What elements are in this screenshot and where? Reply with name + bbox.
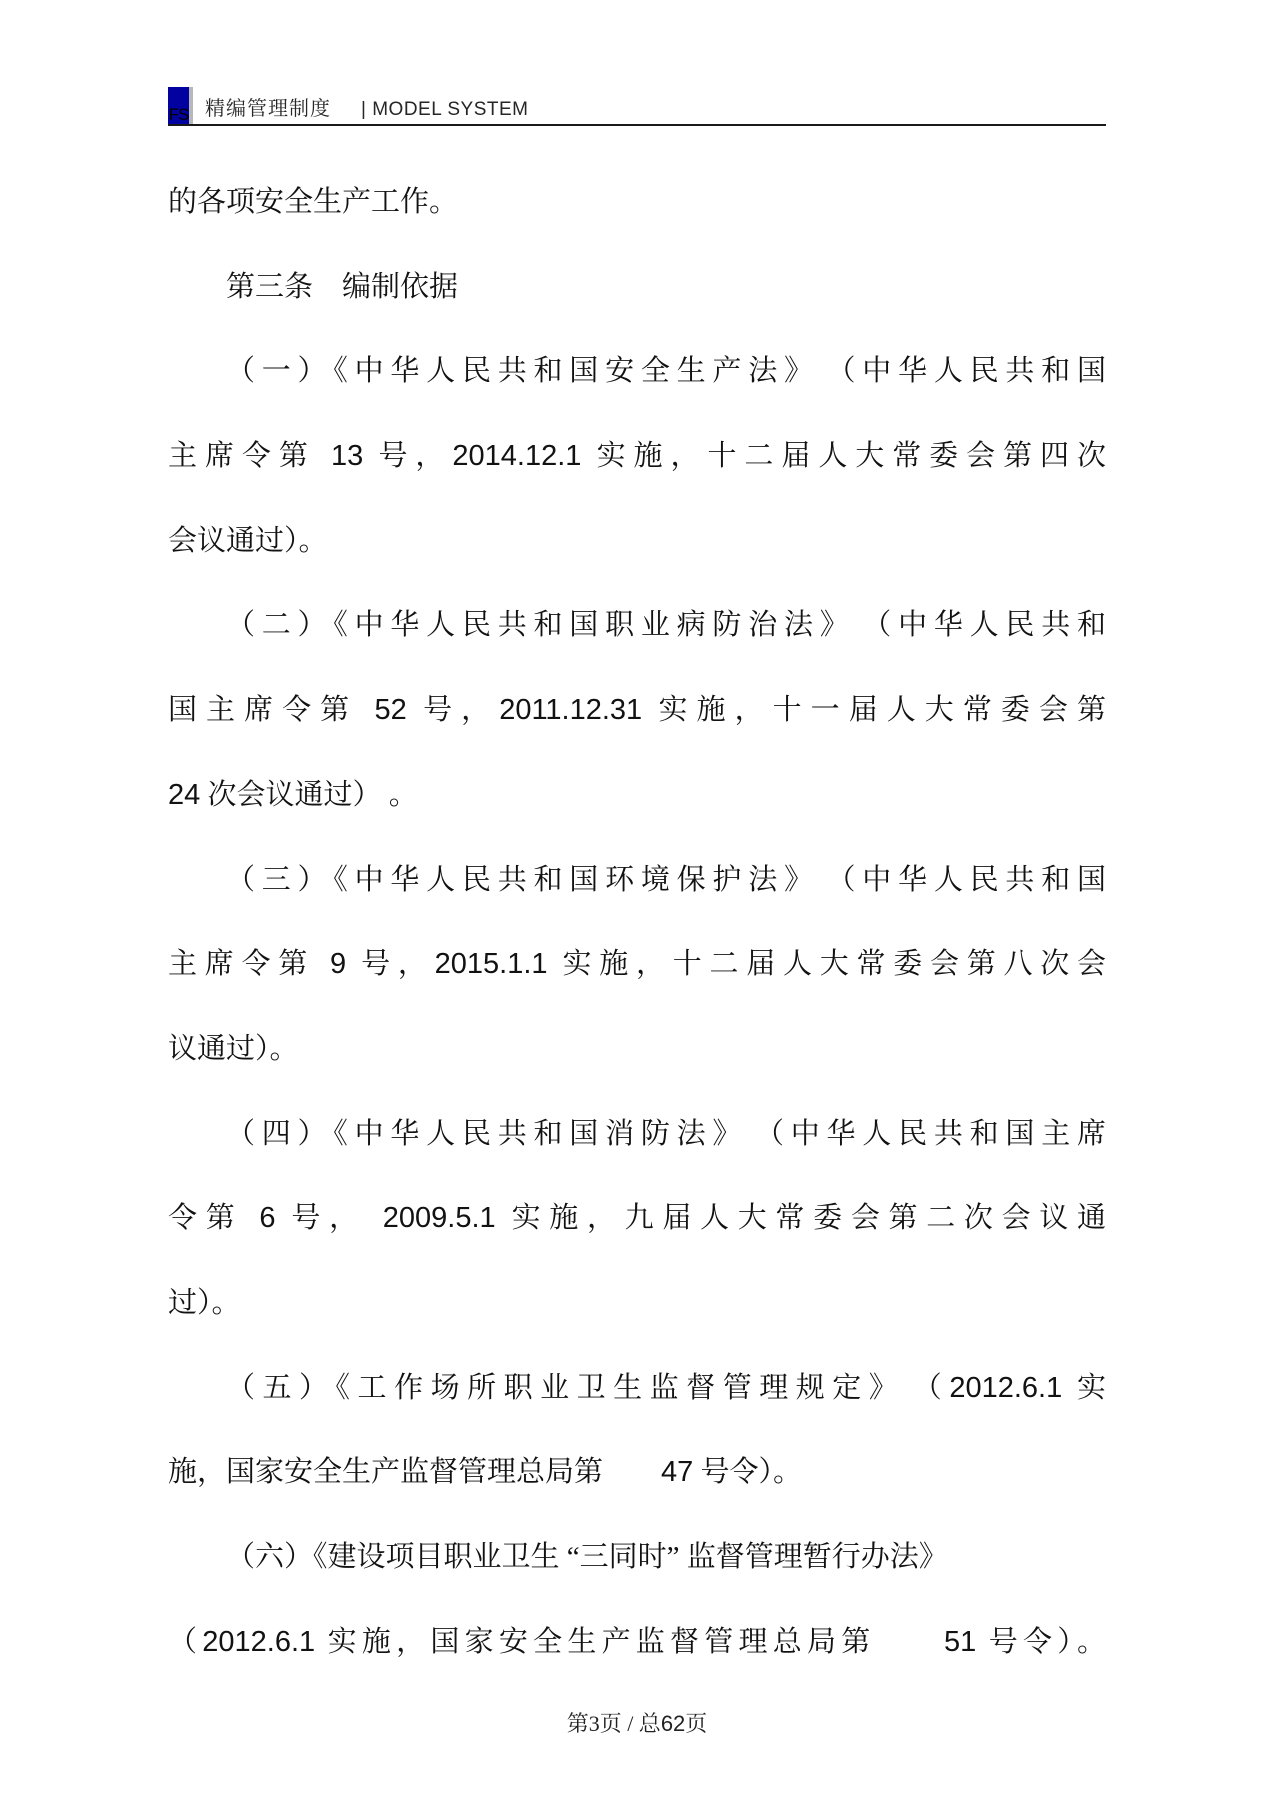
text-run: 2012.6.1 (202, 1626, 315, 1658)
text-line: 令第 6 号， 2009.5.1 实施，九届人大常委会第二次会议通 (168, 1176, 1106, 1261)
text-run: 令第 (168, 1202, 259, 1234)
brand-subtitle: | MODEL SYSTEM (361, 99, 528, 124)
text-line: 主席令第 9 号，2015.1.1 实施，十二届人大常委会第八次会 (168, 922, 1106, 1007)
text-run: 号令）。 (693, 1456, 802, 1488)
text-line: （二）《中华人民共和国职业病防治法》 （中华人民共和 (168, 583, 1106, 668)
text-run: 2012.6.1 (949, 1372, 1062, 1404)
text-line: （2012.6.1 实施，国家安全生产监督管理总局第 51 号令）。 (168, 1600, 1106, 1685)
text-run: （六）《建设项目职业卫生 “三同时” 监督管理暂行办法》 (226, 1541, 948, 1573)
text-run: 24 (168, 779, 200, 811)
text-run: 2015.1.1 (435, 948, 548, 980)
text-run: 会议通过）。 (168, 525, 328, 557)
text-run: 国主席令第 (168, 694, 375, 726)
page-footer: 第3页 / 总62页 (0, 1705, 1274, 1743)
header-divider (168, 124, 1106, 126)
text-run: 实施，十一届人大常委会第 (642, 694, 1106, 726)
text-run: （四）《中华人民共和国消防法》 （中华人民共和国主席 (226, 1118, 1106, 1150)
text-line: 国主席令第 52 号，2011.12.31 实施，十一届人大常委会第 (168, 668, 1106, 753)
text-run: （三）《中华人民共和国环境保护法》 （中华人民共和国 (226, 864, 1106, 896)
text-line: （四）《中华人民共和国消防法》 （中华人民共和国主席 (168, 1092, 1106, 1177)
text-run: 主席令第 (168, 440, 331, 472)
text-line: （五）《工作场所职业卫生监督管理规定》 （2012.6.1 实 (168, 1346, 1106, 1431)
brand-title: 精编管理制度 (205, 92, 331, 124)
text-run: （二）《中华人民共和国职业病防治法》 （中华人民共和 (226, 609, 1106, 641)
document-page: FS 精编管理制度 | MODEL SYSTEM 的各项安全生产工作。第三条 编… (0, 0, 1274, 1804)
text-run: （ (168, 1626, 202, 1658)
text-run: 51 (944, 1626, 976, 1658)
text-run: 次会议通过） 。 (200, 779, 418, 811)
text-run: 第三条 编制依据 (226, 271, 458, 303)
text-run: 主席令第 (168, 948, 330, 980)
text-run: 实 (1062, 1372, 1106, 1404)
text-line: （一）《中华人民共和国安全生产法》 （中华人民共和国 (168, 329, 1106, 414)
text-run: 议通过）。 (168, 1033, 299, 1065)
text-run: （五）《工作场所职业卫生监督管理规定》 （ (226, 1372, 949, 1404)
text-line: （六）《建设项目职业卫生 “三同时” 监督管理暂行办法》 (168, 1515, 1106, 1600)
text-run: 施，国家安全生产监督管理总局第 (168, 1456, 661, 1488)
text-run: 2011.12.31 (499, 694, 642, 726)
text-run: 实施，九届人大常委会第二次会议通 (496, 1202, 1106, 1234)
text-run: 实施，国家安全生产监督管理总局第 (315, 1626, 944, 1658)
text-run: 2009.5.1 (383, 1202, 496, 1234)
brand-logo-fs-mark: FS (168, 87, 189, 124)
text-run: 13 (331, 440, 363, 472)
text-run: 号， (346, 948, 435, 980)
text-line: （三）《中华人民共和国环境保护法》 （中华人民共和国 (168, 838, 1106, 923)
text-run: 号令）。 (976, 1626, 1106, 1658)
text-run: 号， (407, 694, 499, 726)
text-run: （一）《中华人民共和国安全生产法》 （中华人民共和国 (226, 355, 1106, 387)
text-run: 过）。 (168, 1287, 241, 1319)
text-run: 的各项安全生产工作。 (168, 186, 458, 218)
text-run: 52 (375, 694, 407, 726)
text-run: 9 (330, 948, 346, 980)
text-run: 62 (661, 1711, 685, 1736)
text-run: 页 (685, 1711, 707, 1736)
text-line: 议通过）。 (168, 1007, 1106, 1092)
text-run: 2014.12.1 (452, 440, 581, 472)
text-run: 实施，十二届人大常委会第四次 (581, 440, 1106, 472)
text-line: 24 次会议通过） 。 (168, 753, 1106, 838)
text-line: 施，国家安全生产监督管理总局第 47 号令）。 (168, 1430, 1106, 1515)
text-line: 过）。 (168, 1261, 1106, 1346)
text-line: 的各项安全生产工作。 (168, 160, 1106, 245)
text-run: 实施，十二届人大常委会第八次会 (548, 948, 1106, 980)
text-line: 会议通过）。 (168, 499, 1106, 584)
page-header: FS 精编管理制度 | MODEL SYSTEM (168, 86, 528, 124)
text-line: 主席令第 13 号，2014.12.1 实施，十二届人大常委会第四次 (168, 414, 1106, 499)
text-run: 第3页 / 总 (567, 1711, 661, 1736)
text-run: 号， (275, 1202, 382, 1234)
text-run: 47 (661, 1456, 693, 1488)
text-run: 号， (363, 440, 452, 472)
text-run: 6 (259, 1202, 275, 1234)
text-line: 第三条 编制依据 (168, 245, 1106, 330)
document-body: 的各项安全生产工作。第三条 编制依据（一）《中华人民共和国安全生产法》 （中华人… (168, 160, 1106, 1684)
